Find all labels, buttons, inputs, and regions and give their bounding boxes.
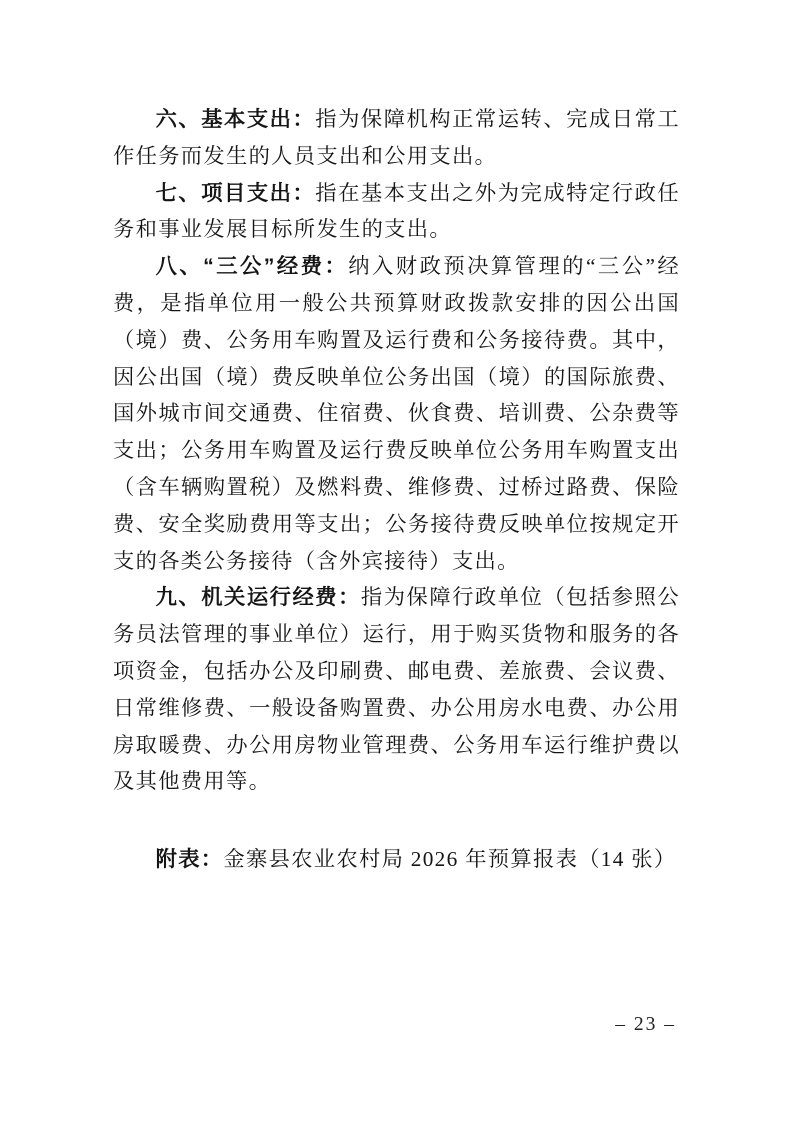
page-number: – 23 – (615, 1014, 676, 1036)
paragraph-text-three-public-funds: 纳入财政预决算管理的“三公”经费，是指单位用一般公共预算财政拨款安排的因公出国（… (113, 254, 680, 572)
paragraph-lead-three-public-funds: 八、“三公”经费： (156, 254, 349, 278)
paragraph-basic-expenditure: 六、基本支出：指为保障机构正常运转、完成日常工作任务而发生的人员支出和公用支出。 (113, 101, 680, 175)
paragraph-three-public-funds: 八、“三公”经费：纳入财政预决算管理的“三公”经费，是指单位用一般公共预算财政拨… (113, 248, 680, 579)
paragraph-project-expenditure: 七、项目支出：指在基本支出之外为完成特定行政任务和事业发展目标所发生的支出。 (113, 175, 680, 249)
paragraph-lead-agency-operating-funds: 九、机关运行经费： (156, 585, 361, 609)
attachment-note-lead: 附表： (156, 847, 224, 871)
attachment-note-text: 金寨县农业农村局 2026 年预算报表（14 张） (223, 847, 676, 871)
document-body: 六、基本支出：指为保障机构正常运转、完成日常工作任务而发生的人员支出和公用支出。… (113, 101, 680, 878)
document-page: 六、基本支出：指为保障机构正常运转、完成日常工作任务而发生的人员支出和公用支出。… (0, 0, 793, 1122)
paragraph-lead-project-expenditure: 七、项目支出： (156, 181, 316, 205)
attachment-note: 附表：金寨县农业农村局 2026 年预算报表（14 张） (113, 841, 680, 878)
paragraph-text-agency-operating-funds: 指为保障行政单位（包括参照公务员法管理的事业单位）运行，用于购买货物和服务的各项… (113, 585, 680, 793)
paragraph-agency-operating-funds: 九、机关运行经费：指为保障行政单位（包括参照公务员法管理的事业单位）运行，用于购… (113, 579, 680, 800)
paragraph-lead-basic-expenditure: 六、基本支出： (156, 107, 316, 131)
